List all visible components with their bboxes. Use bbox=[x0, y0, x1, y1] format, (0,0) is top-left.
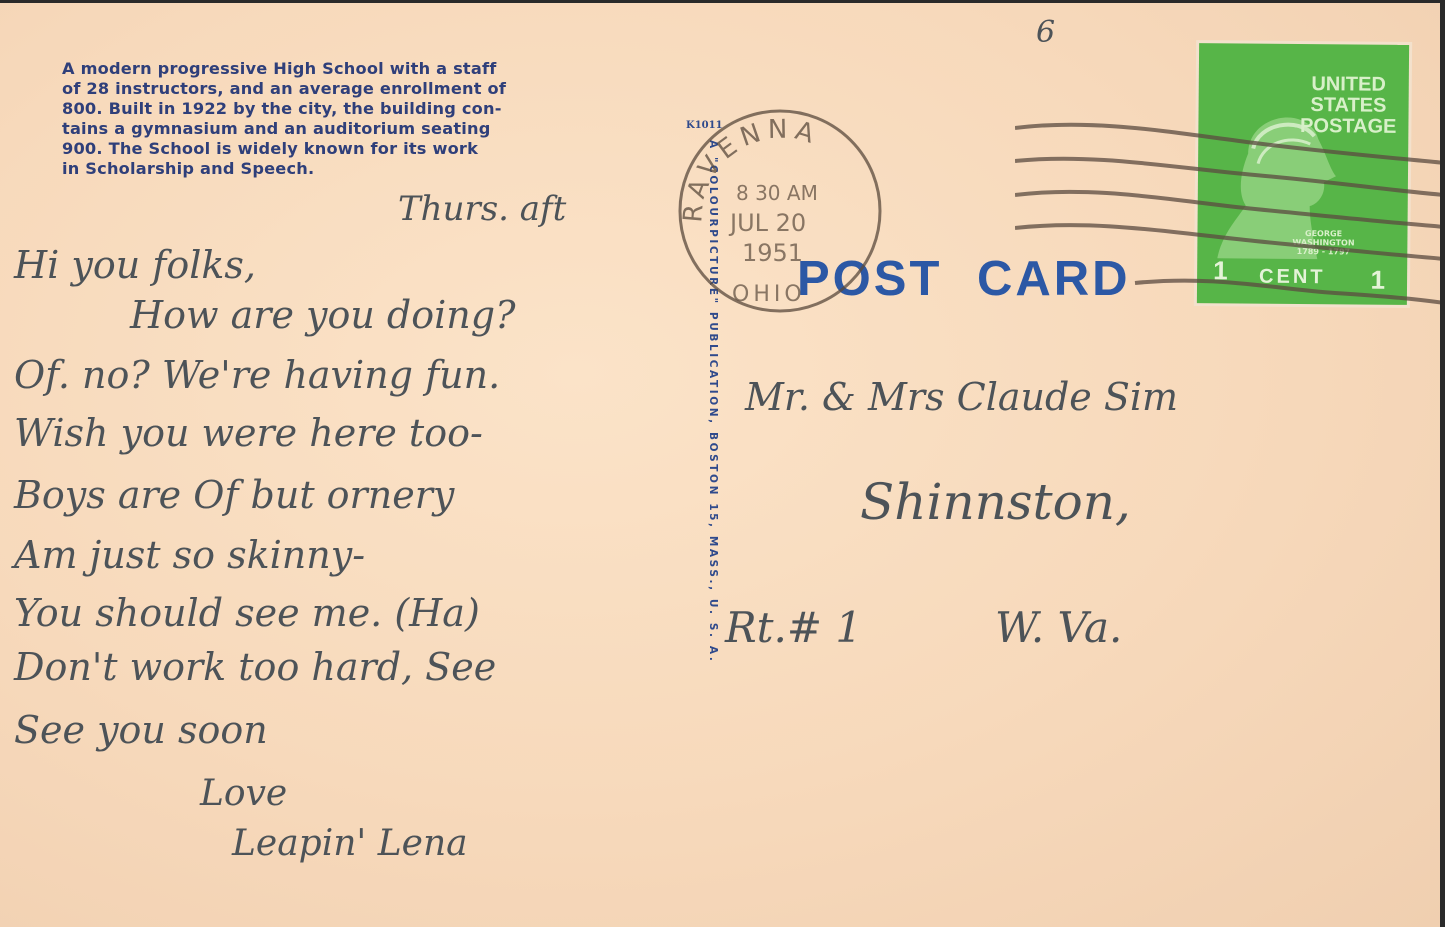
address-line: Rt.# 1 bbox=[725, 603, 862, 652]
message-line: How are you doing? bbox=[130, 293, 515, 337]
message-dateline: Thurs. aft bbox=[398, 189, 566, 229]
address-line: Mr. & Mrs Claude Sim bbox=[745, 375, 1178, 419]
corner-mark: 6 bbox=[1036, 15, 1055, 50]
address-line: Shinnston, bbox=[860, 473, 1131, 531]
postmark-city: RAVENNA bbox=[678, 115, 823, 224]
address-line: W. Va. bbox=[995, 603, 1122, 652]
svg-text:RAVENNA: RAVENNA bbox=[678, 115, 823, 224]
description-line: in Scholarship and Speech. bbox=[62, 159, 662, 179]
message-line: You should see me. (Ha) bbox=[14, 591, 480, 635]
postmark-state: OHIO bbox=[732, 282, 806, 307]
postmark-icon: RAVENNA 8 30 AM JUL 20 1951 OHIO bbox=[672, 103, 888, 319]
message-line: Of. no? We're having fun. bbox=[14, 353, 500, 397]
postmark-year: 1951 bbox=[742, 239, 803, 267]
message-line: Hi you folks, bbox=[14, 243, 256, 287]
message-line: See you soon bbox=[14, 708, 268, 752]
cancellation-lines-icon bbox=[1015, 113, 1440, 323]
description-line: of 28 instructors, and an average enroll… bbox=[62, 79, 662, 99]
message-signature: Leapin' Lena bbox=[232, 823, 468, 864]
printed-description: A modern progressive High School with a … bbox=[62, 59, 662, 179]
message-closing: Love bbox=[200, 773, 287, 814]
message-line: Boys are Of but ornery bbox=[14, 473, 454, 517]
postmark-time: 8 30 AM bbox=[736, 181, 818, 205]
description-line: tains a gymnasium and an auditorium seat… bbox=[62, 119, 662, 139]
description-line: 900. The School is widely known for its … bbox=[62, 139, 662, 159]
message-line: Don't work too hard, See bbox=[14, 645, 496, 689]
postcard-back: A modern progressive High School with a … bbox=[0, 3, 1440, 927]
postmark-date: JUL 20 bbox=[728, 209, 806, 237]
message-line: Am just so skinny- bbox=[14, 533, 365, 577]
message-line: Wish you were here too- bbox=[14, 411, 483, 455]
description-line: 800. Built in 1922 by the city, the buil… bbox=[62, 99, 662, 119]
description-line: A modern progressive High School with a … bbox=[62, 59, 662, 79]
